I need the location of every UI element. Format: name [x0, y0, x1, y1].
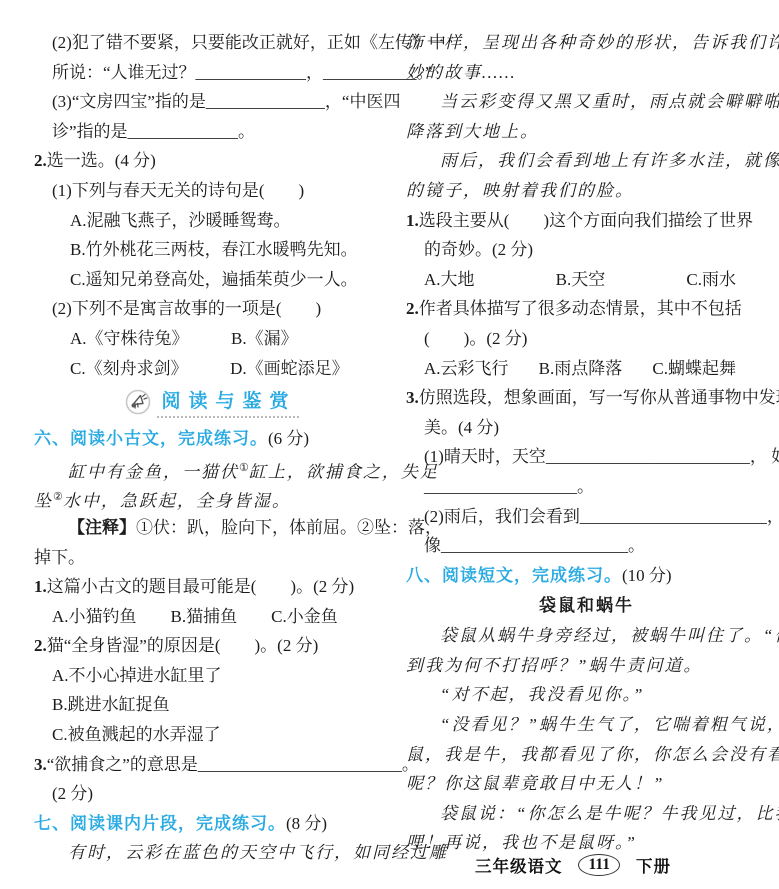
text-line: 美。(4 分): [406, 413, 767, 443]
option-row: C.《刻舟求剑》 D.《画蛇添足》: [34, 354, 390, 384]
passage-line: 饰一样，呈现出各种奇妙的形状，告诉我们许多奇: [406, 28, 767, 58]
text-line: 1.这篇小古文的题目最可能是( )。(2 分): [34, 572, 390, 602]
banner-label: 阅读与鉴赏: [157, 386, 298, 418]
passage-line: “对不起，我没看见你。”: [406, 680, 767, 710]
text-line: (1)下列与春天无关的诗句是( ): [34, 176, 390, 206]
fill-in-blank-line: (2)雨后，我们会看到______________________，就: [406, 502, 767, 532]
footer-page-number: 111: [578, 854, 620, 876]
passage-line: 雨后，我们会看到地上有许多水洼，就像有趣: [406, 146, 767, 176]
option-row: A.大地B.天空C.雨水: [406, 265, 736, 295]
fill-in-blank-line: 所说：“人谁无过？_____________，___________。”: [34, 58, 390, 88]
left-column-bottom: 六、阅读小古文，完成练习。(6 分)缸中有金鱼，一猫伏①缸上，欲捕食之，失足坠②…: [34, 424, 390, 868]
footer-book-title: 三年级语文: [475, 853, 563, 877]
option-row: B.竹外桃花三两枝，春江水暖鸭先知。: [34, 235, 390, 265]
text-line: 2.猫“全身皆湿”的原因是( )。(2 分): [34, 631, 390, 661]
passage-line: 坠②水中，急跃起，全身皆湿。: [34, 483, 390, 513]
option-row: C.被鱼溅起的水弄湿了: [34, 720, 390, 750]
worksheet-page: (2)犯了错不要紧，只要能改正就好，正如《左传》中所说：“人谁无过？______…: [0, 0, 779, 889]
banner-inner: 阅读与鉴赏: [125, 386, 298, 418]
fill-in-blank-line: (1)晴天时，天空________________________， 如同: [406, 442, 767, 472]
passage-line: 到我为何不打招呼？”蜗牛责问道。: [406, 651, 767, 681]
fill-in-blank-line: __________________。: [406, 472, 767, 502]
option-row: A.《守株待兔》 B.《漏》: [34, 324, 390, 354]
text-line: (2)下列不是寓言故事的一项是( ): [34, 294, 390, 324]
text-line: 【注释】①伏：趴，脸向下，体前屈。②坠：落，: [34, 513, 390, 543]
passage-title: 袋鼠和蜗牛: [406, 590, 767, 621]
option-row: A.小猫钓鱼 B.猫捕鱼 C.小金鱼: [34, 602, 390, 632]
fill-in-blank-line: 像______________________。: [406, 531, 767, 561]
option-row: A.泥融飞燕子，沙暖睡鸳鸯。: [34, 206, 390, 236]
option-row: C.遥知兄弟登高处，遍插茱萸少一人。: [34, 265, 390, 295]
left-column-top: (2)犯了错不要紧，只要能改正就好，正如《左传》中所说：“人谁无过？______…: [34, 28, 390, 383]
right-column: 饰一样，呈现出各种奇妙的形状，告诉我们许多奇妙的故事……当云彩变得又黑又重时，雨…: [406, 28, 767, 889]
text-line: 掉下。: [34, 543, 390, 573]
passage-line: 鼠，我是牛，我都看见了你，你怎么会没有看见我: [406, 740, 767, 770]
section-header: 六、阅读小古文，完成练习。(6 分): [34, 424, 390, 454]
right-column-lines: 饰一样，呈现出各种奇妙的形状，告诉我们许多奇妙的故事……当云彩变得又黑又重时，雨…: [406, 28, 767, 858]
passage-line: 妙的故事……: [406, 58, 767, 88]
option-row: B.跳进水缸捉鱼: [34, 690, 390, 720]
passage-line: “没看见？”蜗牛生气了，它喘着粗气说，“你是: [406, 710, 767, 740]
passage-line: 袋鼠从蜗牛身旁经过，被蜗牛叫住了。“你见: [406, 621, 767, 651]
fill-in-blank-line: (3)“文房四宝”指的是______________，“中医四: [34, 87, 390, 117]
text-line: 2.选一选。(4 分): [34, 146, 390, 176]
megaphone-icon: [125, 389, 151, 415]
text-line: 2.作者具体描写了很多动态情景，其中不包括: [406, 294, 767, 324]
passage-line: 降落到大地上。: [406, 117, 767, 147]
passage-line: 有时，云彩在蓝色的天空中飞行，如同经过雕: [34, 838, 390, 868]
passage-line: 缸中有金鱼，一猫伏①缸上，欲捕食之，失足: [34, 454, 390, 484]
footer-volume: 下册: [636, 853, 671, 877]
text-line: 3.仿照选段，想象画面，写一写你从普通事物中发现的: [406, 383, 767, 413]
passage-line: 当云彩变得又黑又重时，雨点就会噼噼啪啪地: [406, 87, 767, 117]
text-line: 的奇妙。(2 分): [406, 235, 767, 265]
fill-in-blank-line: 3.“欲捕食之”的意思是________________________。: [34, 750, 390, 780]
passage-line: 的镜子，映射着我们的脸。: [406, 176, 767, 206]
section-banner: 阅读与鉴赏: [34, 384, 390, 422]
left-column: (2)犯了错不要紧，只要能改正就好，正如《左传》中所说：“人谁无过？______…: [34, 28, 390, 889]
section-header: 八、阅读短文，完成练习。(10 分): [406, 561, 767, 591]
passage-line: 袋鼠说：“你怎么是牛呢？牛我见过，比我还大: [406, 799, 767, 829]
section-header: 七、阅读课内片段，完成练习。(8 分): [34, 809, 390, 839]
fill-in-blank-line: 诊”指的是_____________。: [34, 117, 390, 147]
option-row: A.不小心掉进水缸里了: [34, 661, 390, 691]
passage-line: 呢？你这鼠辈竟敢目中无人！”: [406, 769, 767, 799]
text-line: 1.选段主要从( )这个方面向我们描绘了世界: [406, 206, 767, 236]
page-footer: 三年级语文 111 下册: [475, 853, 671, 877]
option-row: A.云彩飞行B.雨点降落C.蝴蝶起舞: [406, 354, 736, 384]
text-line: ( )。(2 分): [406, 324, 767, 354]
text-line: (2)犯了错不要紧，只要能改正就好，正如《左传》中: [34, 28, 390, 58]
text-line: (2 分): [34, 779, 390, 809]
